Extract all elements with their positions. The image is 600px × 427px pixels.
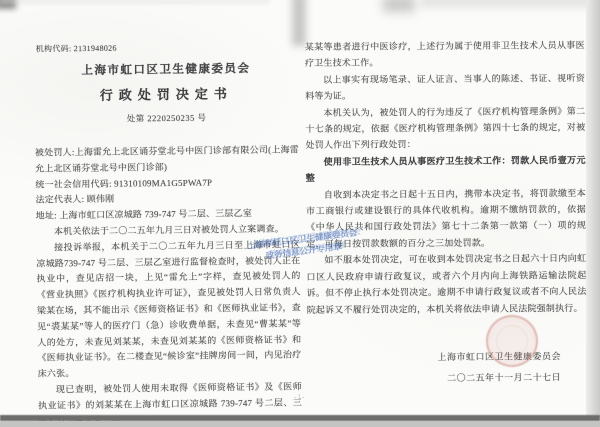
scan-top-right-shadow bbox=[420, 0, 600, 7]
penalty-decision-line: 使用非卫生技术人员从事医疗卫生技术工作：罚款人民币壹万元整 bbox=[306, 152, 586, 187]
right-page-body: 某某等患者进行中医诊疗，上述行为属于使用非卫生技术人员从事医疗卫生技术工作。 以… bbox=[305, 37, 587, 318]
page-number: -1- bbox=[294, 393, 305, 401]
document-number: 处第 2220250235 号 bbox=[35, 110, 299, 125]
left-page-body: 被处罚人:上海雷允上北区诵芬堂北号中医门诊部有限公司(上海雷允上北区诵芬堂北号中… bbox=[35, 142, 302, 427]
right-page: 某某等患者进行中医诊疗，上述行为属于使用非卫生技术人员从事医疗卫生技术工作。 以… bbox=[305, 37, 587, 390]
paragraph-payment-instructions: 自收到本决定书之日起十五日内，携带本决定书，将罚款缴至本市工商银行或建设银行的具… bbox=[306, 185, 586, 253]
scan-right-edge-band bbox=[586, 0, 600, 418]
document-title: 行政处罚决定书 bbox=[34, 82, 298, 104]
paragraph-inspection-findings: 接投诉举报，本机关于二〇二五年九月三日至上海市虹口区凉城路739-747 号二层… bbox=[36, 237, 302, 382]
official-seal-inner-ring bbox=[496, 325, 528, 357]
signature-date: 二〇二五年十一月二十七日 bbox=[307, 367, 561, 390]
paragraph-facts-continued: 某某等患者进行中医诊疗，上述行为属于使用非卫生技术人员从事医疗卫生技术工作。 bbox=[305, 37, 585, 72]
paragraph-legal-basis: 本机关认为，被处罚人的行为违反了《医疗机构管理条例》第二十七条的规定，依据《医疗… bbox=[305, 103, 585, 154]
agency-code: 机构代码: 2131948026 bbox=[36, 40, 298, 54]
paragraph-evidence: 以上事实有现场笔录、证人证言、当事人的陈述、书证、视听资料等为证。 bbox=[305, 70, 585, 105]
scanned-document: 机构代码: 2131948026 上海市虹口区卫生健康委员会 行政处罚决定书 处… bbox=[0, 0, 600, 427]
scan-top-middle-shadow bbox=[383, 0, 415, 12]
left-page: 机构代码: 2131948026 上海市虹口区卫生健康委员会 行政处罚决定书 处… bbox=[34, 40, 303, 427]
signature-block: 上海市虹口区卫生健康委员会 二〇二五年十一月二十七日 bbox=[307, 346, 587, 390]
official-seal bbox=[486, 315, 538, 367]
paragraph-verified-facts: 现已查明，被处罚人使用未取得《医师资格证书》及《医师执业证书》的刘某某在上海市虹… bbox=[38, 379, 303, 427]
paragraph-respondent: 被处罚人:上海雷允上北区诵芬堂北号中医门诊部有限公司(上海雷允上北区诵芬堂北号中… bbox=[35, 142, 299, 177]
paragraph-appeal-rights: 如不服本处罚决定，可在收到本处罚决定书之日起六十日内向虹口区人民政府申请行政复议… bbox=[306, 250, 586, 318]
scan-corner-smudge bbox=[0, 0, 16, 9]
scan-top-edge-shadow bbox=[0, 0, 270, 3]
issuing-org-title: 上海市虹口区卫生健康委员会 bbox=[34, 59, 298, 78]
